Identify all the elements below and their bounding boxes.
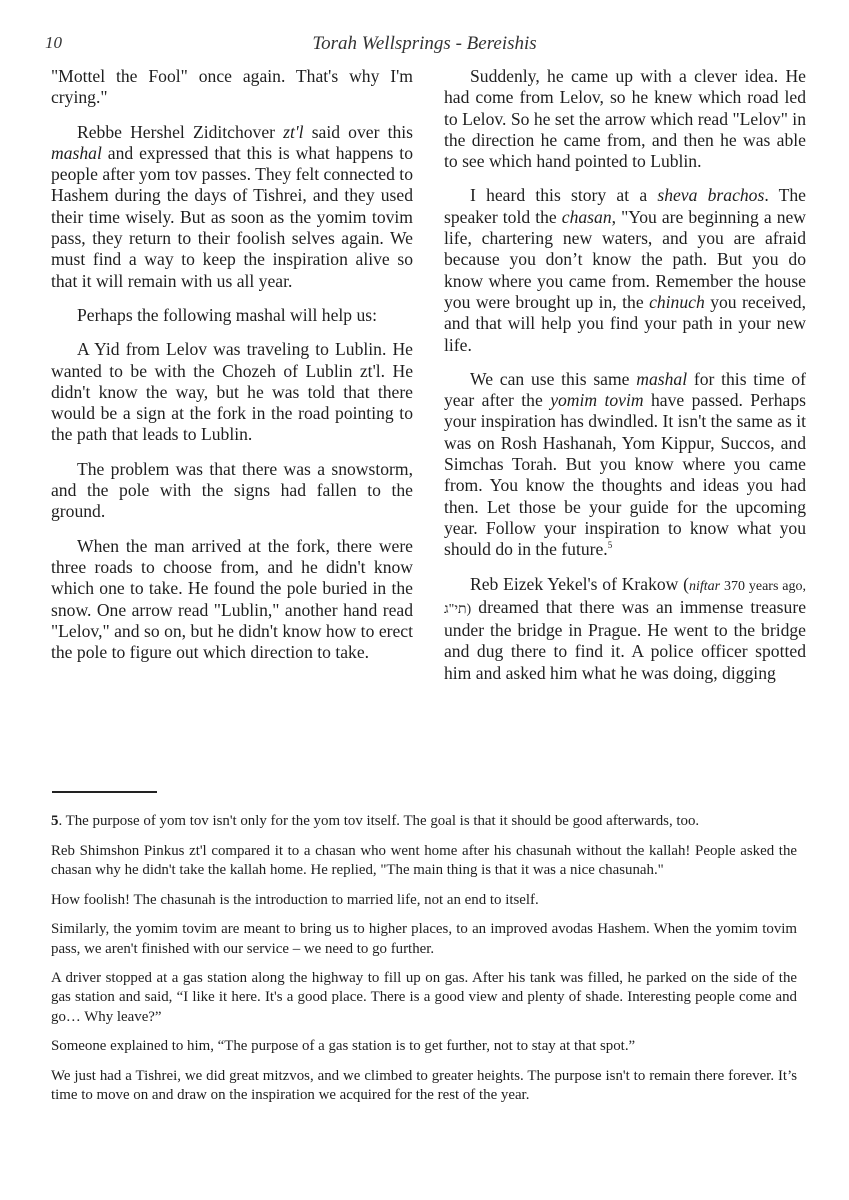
paragraph: Rebbe Hershel Ziditchover zt'l said over…: [51, 122, 413, 292]
page-header: 10 Torah Wellsprings - Bereishis: [45, 33, 804, 57]
paragraph: The problem was that there was a snowsto…: [51, 459, 413, 523]
paragraph: A Yid from Lelov was traveling to Lublin…: [51, 339, 413, 445]
document-page: 10 Torah Wellsprings - Bereishis "Mottel…: [0, 0, 849, 1200]
footnote-paragraph: We just had a Tishrei, we did great mitz…: [51, 1067, 797, 1105]
paragraph: When the man arrived at the fork, there …: [51, 536, 413, 664]
paragraph: We can use this same mashal for this tim…: [444, 369, 806, 561]
footnote-divider: [52, 791, 157, 793]
footnote-5: 5. The purpose of yom tov isn't only for…: [51, 812, 797, 831]
paragraph: Perhaps the following mashal will help u…: [51, 305, 413, 326]
paragraph: "Mottel the Fool" once again. That's why…: [51, 66, 413, 109]
footnote-paragraph: How foolish! The chasunah is the introdu…: [51, 891, 797, 910]
footnote-paragraph: Someone explained to him, “The purpose o…: [51, 1037, 797, 1056]
paragraph: I heard this story at a sheva brachos. T…: [444, 185, 806, 355]
paragraph: Suddenly, he came up with a clever idea.…: [444, 66, 806, 172]
left-column: "Mottel the Fool" once again. That's why…: [51, 66, 413, 676]
footnote-reference[interactable]: 5: [608, 540, 613, 550]
footnote-paragraph: A driver stopped at a gas station along …: [51, 969, 797, 1027]
footnote-paragraph: Similarly, the yomim tovim are meant to …: [51, 920, 797, 958]
paragraph: Reb Eizek Yekel's of Krakow (niftar 370 …: [444, 574, 806, 684]
running-title: Torah Wellsprings - Bereishis: [45, 33, 804, 55]
right-column: Suddenly, he came up with a clever idea.…: [444, 66, 806, 697]
footnotes: 5. The purpose of yom tov isn't only for…: [51, 812, 797, 1116]
footnote-paragraph: Reb Shimshon Pinkus zt'l compared it to …: [51, 842, 797, 880]
